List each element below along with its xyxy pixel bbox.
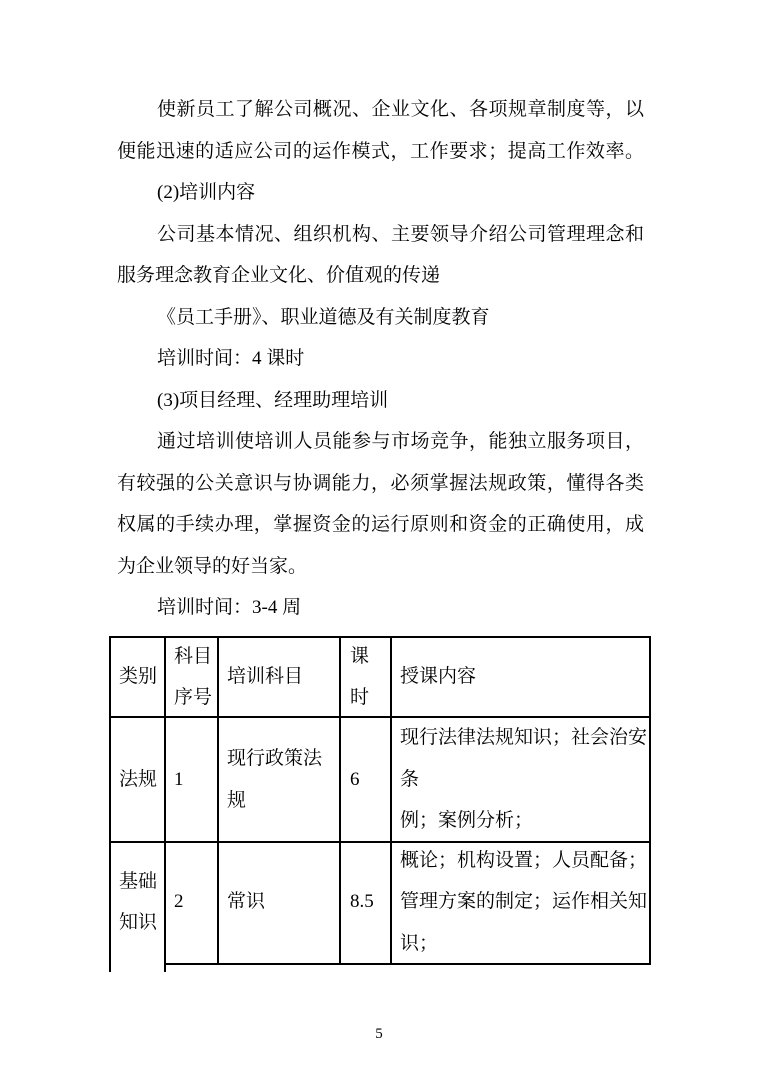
- paragraph-line: 权属的手续办理，掌握资金的运行原则和资金的正确使用，成: [117, 504, 644, 546]
- page-number: 5: [0, 1026, 758, 1043]
- cell-subject-no: 2: [166, 843, 217, 961]
- document-page: 使新员工了解公司概况、企业文化、各项规章制度等，以 便能迅速的适应公司的运作模式…: [0, 0, 758, 1073]
- cell-content-line: 例；案例分析；: [400, 800, 649, 842]
- training-schedule-table: 类别 科目序号 培训科目 课时 授课内容 法规 1 现行政策法规 6 现行法律法…: [109, 636, 651, 974]
- body-text: 使新员工了解公司概况、企业文化、各项规章制度等，以 便能迅速的适应公司的运作模式…: [117, 89, 644, 629]
- table-border: [649, 636, 651, 965]
- paragraph-line: (2)培训内容: [117, 172, 644, 214]
- paragraph-line: 《员工手册》、职业道德及有关制度教育: [117, 297, 644, 339]
- paragraph-line: 通过培训使培训人员能参与市场竞争，能独立服务项目，: [117, 421, 644, 463]
- cell-content-line: 条: [400, 759, 649, 801]
- paragraph-line: 为企业领导的好当家。: [117, 546, 644, 588]
- cell-subject-no: 1: [166, 718, 217, 841]
- cell-content-line: 概论；机构设置；人员配备；: [400, 840, 649, 882]
- table-border: [339, 636, 341, 965]
- paragraph-line: 公司基本情况、组织机构、主要领导介绍公司管理理念和: [117, 214, 644, 256]
- paragraph-line: 便能迅速的适应公司的运作模式，工作要求；提高工作效率。: [117, 131, 644, 173]
- cell-content-line: 现行法律法规知识；社会治安: [400, 717, 649, 759]
- cell-content-line: 识；: [400, 923, 649, 965]
- cell-teaching-content: 现行法律法规知识；社会治安 条 例；案例分析；: [392, 718, 649, 841]
- cell-class-hours: 6: [342, 718, 386, 841]
- paragraph-line: 服务理念教育企业文化、价值观的传递: [117, 255, 644, 297]
- cell-training-subject: 常识: [219, 843, 339, 961]
- cell-class-hours: 8.5: [342, 843, 386, 961]
- cell-content-line: 管理方案的制定；运作相关知: [400, 881, 649, 923]
- header-cell-teaching-content: 授课内容: [392, 638, 649, 716]
- header-cell-training-subject: 培训科目: [219, 638, 339, 716]
- paragraph-line: (3)项目经理、经理助理培训: [117, 380, 644, 422]
- header-cell-class-hours: 课时: [342, 638, 386, 716]
- header-cell-subject-no: 科目序号: [166, 638, 217, 716]
- cell-category: 基础知识: [111, 843, 164, 961]
- paragraph-line: 有较强的公关意识与协调能力，必须掌握法规政策，懂得各类: [117, 463, 644, 505]
- paragraph-line: 使新员工了解公司概况、企业文化、各项规章制度等，以: [117, 89, 644, 131]
- cell-category: 法规: [111, 718, 164, 841]
- cell-teaching-content: 概论；机构设置；人员配备； 管理方案的制定；运作相关知 识；: [392, 843, 649, 961]
- header-cell-category: 类别: [111, 638, 164, 716]
- paragraph-line: 培训时间：4 课时: [117, 338, 644, 380]
- paragraph-line: 培训时间：3-4 周: [117, 587, 644, 629]
- cell-training-subject: 现行政策法规: [219, 718, 339, 841]
